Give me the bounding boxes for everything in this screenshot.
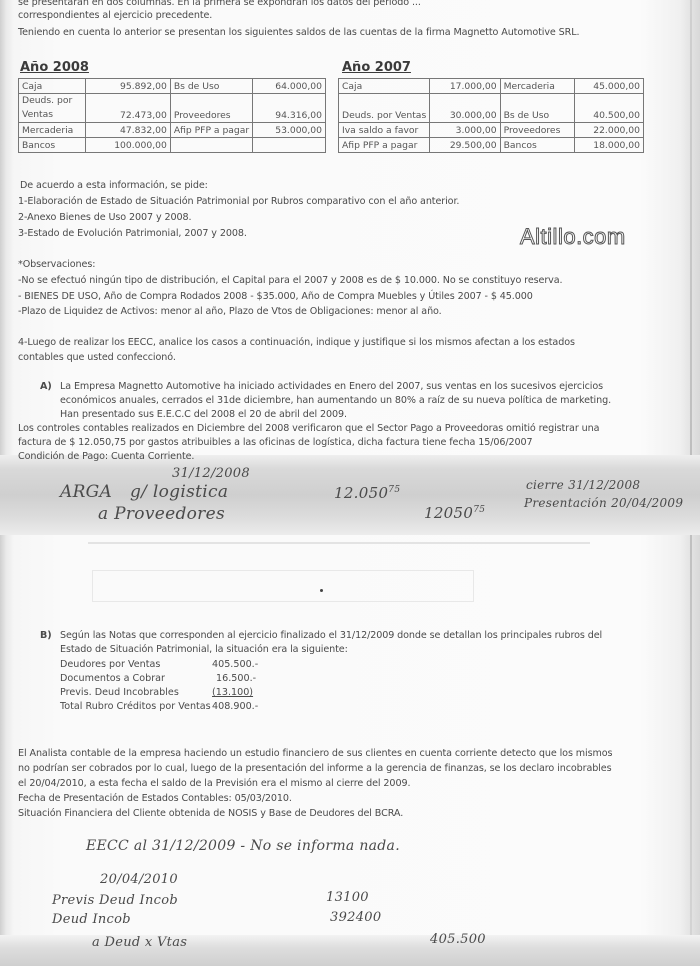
handwritten-date: 31/12/2008 — [172, 466, 250, 481]
handwritten-row-1-label: Previs Deud Incob — [52, 893, 178, 908]
intro-line-1: se presentarán en dos columnas. En la pr… — [18, 0, 421, 9]
credit-item-label: Deudores por Ventas — [60, 659, 160, 670]
scanned-page: se presentarán en dos columnas. En la pr… — [0, 0, 700, 966]
table-row: Caja 17.000,00 Mercaderia 45.000,00 — [339, 79, 644, 94]
observations-title: *Observaciones: — [18, 259, 95, 271]
account-value: 45.000,00 — [575, 79, 644, 94]
case-a-controls-line-2: factura de $ 12.050,75 por gastos atribu… — [18, 437, 533, 449]
account-value: 18.000,00 — [575, 138, 644, 153]
credit-item-value: 16.500.- — [216, 673, 256, 684]
account-label: Mercaderia — [19, 123, 86, 138]
point-4-line-2: contables que usted confeccionó. — [18, 352, 176, 364]
account-value: 22.000,00 — [575, 123, 644, 138]
account-value: 40.500,00 — [575, 94, 644, 123]
handwritten-credit-amount: 1205075 — [424, 504, 485, 522]
account-value: 100.000,00 — [86, 138, 170, 153]
case-b-line-1: Según las Notas que corresponden al ejer… — [60, 630, 602, 642]
account-label: Deuds. porVentas — [19, 94, 86, 123]
account-value: 95.892,00 — [86, 79, 170, 94]
analyst-line-5: Situación Financiera del Cliente obtenid… — [18, 808, 403, 820]
account-value: 64.000,00 — [253, 79, 326, 94]
credit-item-value: 405.500.- — [212, 659, 258, 670]
account-label: Afip PFP a pagar — [170, 123, 252, 138]
account-value: 17.000,00 — [430, 79, 500, 94]
handwritten-presentacion: Presentación 20/04/2009 — [524, 496, 683, 510]
case-b-marker: B) — [40, 630, 52, 642]
balance-table-2007: Caja 17.000,00 Mercaderia 45.000,00 Deud… — [338, 78, 644, 153]
handwritten-account-detail: g/ logistica — [130, 482, 228, 502]
table-row: Deuds. porVentas 72.473,00 Proveedores 9… — [19, 94, 326, 123]
point-4-line-1: 4-Luego de realizar los EECC, analice lo… — [18, 337, 575, 349]
account-label: Caja — [339, 79, 430, 94]
case-a-payment-condition: Condición de Pago: Cuenta Corriente. — [18, 451, 194, 463]
analyst-line-2: no podrían ser cobrados por lo cual, lue… — [18, 763, 612, 775]
analyst-line-1: El Analista contable de la empresa hacie… — [18, 748, 612, 760]
handwritten-account: ARGA — [60, 482, 112, 502]
account-label: Deuds. por Ventas — [339, 94, 430, 123]
handwritten-date-b: 20/04/2010 — [100, 872, 178, 887]
watermark-logo: Altillo.com — [520, 224, 626, 250]
table-row: Iva saldo a favor 3.000,00 Proveedores 2… — [339, 123, 644, 138]
year-2007-title: Año 2007 — [342, 60, 411, 75]
handwritten-debit-amount: 12.05075 — [334, 484, 400, 502]
requirement-item-3: 3-Estado de Evolución Patrimonial, 2007 … — [18, 228, 247, 240]
credit-item-label: Total Rubro Créditos por Ventas — [60, 701, 211, 712]
balance-table-2008: Caja 95.892,00 Bs de Uso 64.000,00 Deuds… — [18, 78, 326, 153]
handwritten-row-3-value: 405.500 — [430, 932, 486, 947]
intro-line-3: Teniendo en cuenta lo anterior se presen… — [18, 27, 579, 39]
intro-line-2: correspondientes al ejercicio precedente… — [18, 10, 212, 22]
handwritten-row-2-value: 392400 — [330, 910, 381, 925]
account-value: 29.500,00 — [430, 138, 500, 153]
case-b-line-2: Estado de Situación Patrimonial, la situ… — [60, 644, 348, 656]
observation-item-3: -Plazo de Liquidez de Activos: menor al … — [18, 306, 442, 318]
account-label: Proveedores — [170, 94, 252, 123]
account-label: Proveedores — [500, 123, 575, 138]
observation-item-1: -No se efectuó ningún tipo de distribuci… — [18, 275, 562, 287]
scan-speck — [320, 589, 323, 592]
analyst-line-3: el 20/04/2010, a esta fecha el saldo de … — [18, 778, 410, 790]
credit-item-label: Documentos a Cobrar — [60, 673, 165, 684]
requirement-item-2: 2-Anexo Bienes de Uso 2007 y 2008. — [18, 212, 191, 224]
table-row: Bancos 100.000,00 — [19, 138, 326, 153]
handwritten-row-3-label: a Deud x Vtas — [92, 935, 187, 950]
observation-item-2: - BIENES DE USO, Año de Compra Rodados 2… — [18, 291, 533, 303]
case-a-line-1: La Empresa Magnetto Automotive ha inicia… — [60, 381, 603, 393]
account-value: 47.832,00 — [86, 123, 170, 138]
account-label: Caja — [19, 79, 86, 94]
year-2008-title: Año 2008 — [20, 60, 89, 75]
case-a-controls-line-1: Los controles contables realizados en Di… — [18, 423, 599, 435]
table-row: Deuds. por Ventas 30.000,00 Bs de Uso 40… — [339, 94, 644, 123]
account-value: 72.473,00 — [86, 94, 170, 123]
account-label: Iva saldo a favor — [339, 123, 430, 138]
account-label: Afip PFP a pagar — [339, 138, 430, 153]
case-a-marker: A) — [40, 381, 52, 393]
account-label: Mercaderia — [500, 79, 575, 94]
table-row: Caja 95.892,00 Bs de Uso 64.000,00 — [19, 79, 326, 94]
credit-item-label: Previs. Deud Incobrables — [60, 687, 179, 698]
account-label: Bancos — [500, 138, 575, 153]
handwritten-row-2-label: Deud Incob — [52, 912, 131, 927]
requirements-intro: De acuerdo a esta información, se pide: — [20, 180, 208, 192]
handwritten-cierre: cierre 31/12/2008 — [526, 478, 640, 492]
analyst-line-4: Fecha de Presentación de Estados Contabl… — [18, 793, 292, 805]
account-value: 30.000,00 — [430, 94, 500, 123]
handwritten-note: EECC al 31/12/2009 - No se informa nada. — [86, 838, 400, 854]
account-label: Bs de Uso — [170, 79, 252, 94]
account-value: 3.000,00 — [430, 123, 500, 138]
ghost-table — [92, 570, 474, 602]
account-value — [253, 138, 326, 153]
case-a-line-3: Han presentado sus E.E.C.C del 2008 el 2… — [60, 409, 347, 421]
requirement-item-1: 1-Elaboración de Estado de Situación Pat… — [18, 196, 459, 208]
table-row: Mercaderia 47.832,00 Afip PFP a pagar 53… — [19, 123, 326, 138]
handwritten-credit-account: a Proveedores — [98, 504, 225, 524]
account-value: 94.316,00 — [253, 94, 326, 123]
case-a-line-2: económicos anuales, cerrados el 31de dic… — [60, 395, 611, 407]
credit-item-value: 408.900.- — [212, 701, 258, 712]
credit-item-value: (13.100) — [212, 687, 253, 698]
table-row: Afip PFP a pagar 29.500,00 Bancos 18.000… — [339, 138, 644, 153]
handwritten-row-1-value: 13100 — [326, 890, 369, 905]
ghost-rule — [88, 542, 590, 544]
account-value: 53.000,00 — [253, 123, 326, 138]
account-label: Bancos — [19, 138, 86, 153]
account-label — [170, 138, 252, 153]
account-label: Bs de Uso — [500, 94, 575, 123]
